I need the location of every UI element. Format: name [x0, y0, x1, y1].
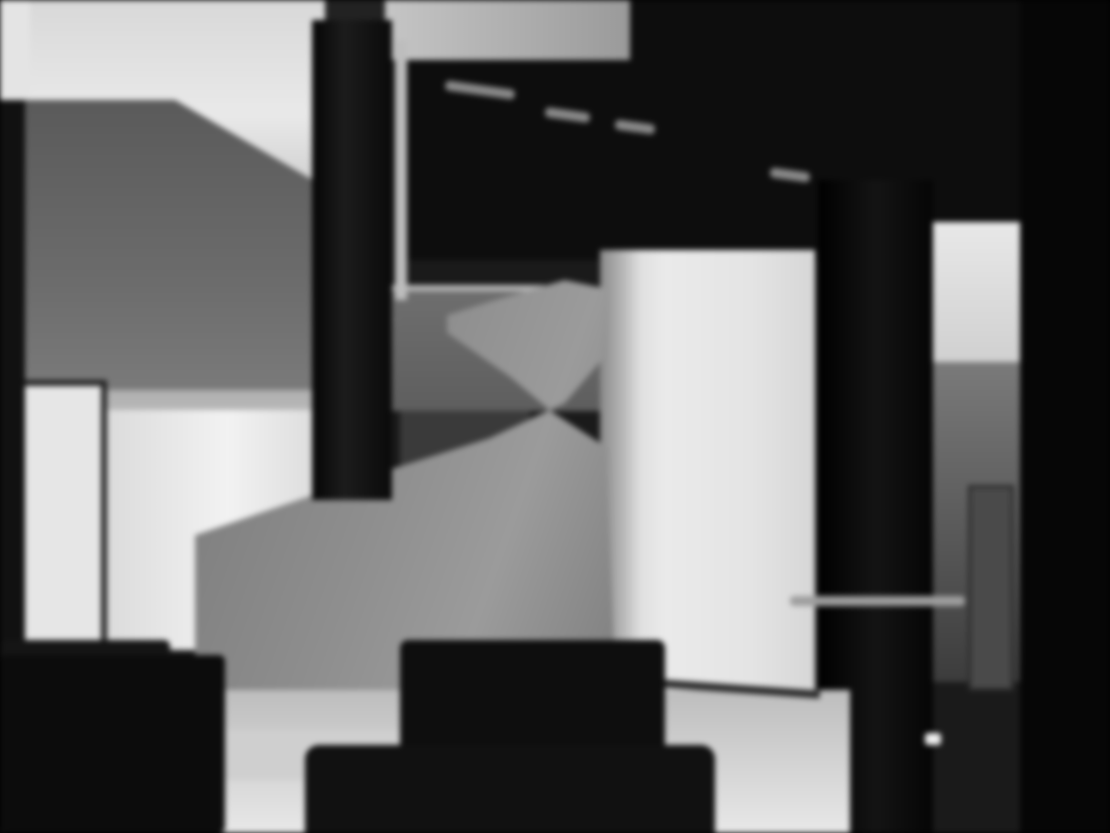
right-window	[930, 222, 1020, 362]
light-reflection	[925, 733, 941, 745]
left-seating	[0, 655, 225, 833]
interior-photo	[0, 0, 1110, 833]
far-right-column	[1020, 0, 1110, 833]
left-edge-column	[0, 100, 25, 660]
foreground-seating	[305, 745, 715, 833]
thin-pipe	[395, 40, 407, 300]
ledge	[790, 596, 965, 606]
left-doorway	[15, 380, 107, 662]
central-column	[312, 20, 392, 500]
right-doorway	[968, 485, 1014, 691]
